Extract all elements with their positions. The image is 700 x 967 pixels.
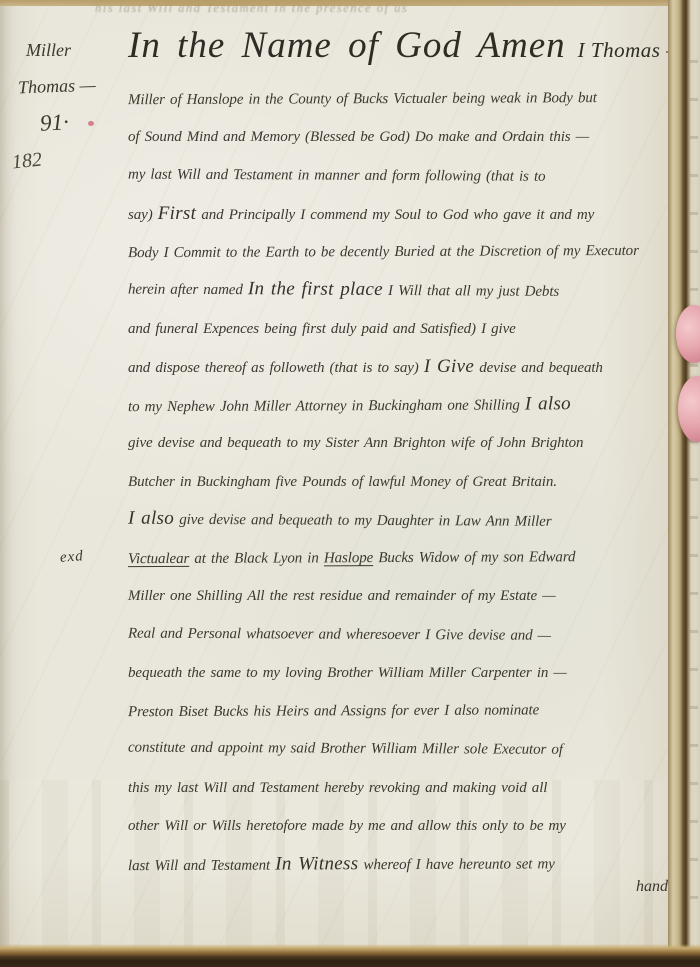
manuscript-line: I also give devise and bequeath to my Da… (128, 499, 670, 540)
manuscript-text-segment: devise and bequeath (474, 360, 603, 376)
manuscript-line: Body I Commit to the Earth to be decentl… (128, 232, 670, 273)
red-ink-dot (88, 121, 94, 126)
manuscript-text-segment: other Will or Wills heretofore made by m… (128, 818, 566, 834)
manuscript-text-segment: and Principally I commend my Soul to God… (196, 207, 594, 223)
manuscript-text-segment: give devise and bequeath to my Daughter … (174, 512, 552, 530)
manuscript-text-segment: bequeath the same to my loving Brother W… (128, 665, 567, 681)
manuscript-text-segment: at the Black Lyon in (189, 550, 324, 567)
manuscript-text-segment: Victualear (128, 551, 189, 567)
manuscript-line: my last Will and Testament in manner and… (128, 155, 670, 196)
margin-note: Miller (26, 40, 71, 61)
manuscript-text-segment: this my last Will and Testament hereby r… (128, 780, 547, 796)
will-title: In the Name of God Amen I Thomas — (128, 24, 673, 67)
manuscript-line: Miller one Shilling All the rest residue… (128, 577, 670, 615)
manuscript-line: this my last Will and Testament hereby r… (128, 769, 670, 807)
manuscript-text-segment: and dispose thereof as followeth (that i… (128, 360, 424, 376)
manuscript-text-segment: First (158, 203, 196, 224)
manuscript-text-segment: I also (525, 393, 571, 414)
manuscript-line: and dispose thereof as followeth (that i… (128, 348, 670, 386)
catchword: hand (128, 878, 678, 896)
manuscript-text-segment: Miller one Shilling All the rest residue… (128, 588, 555, 604)
manuscript-text-segment: and funeral Expences being first duly pa… (128, 321, 516, 337)
manuscript-line: say) First and Principally I commend my … (128, 195, 670, 233)
manuscript-line: of Sound Mind and Memory (Blessed be God… (128, 118, 670, 156)
manuscript-line: other Will or Wills heretofore made by m… (128, 807, 670, 845)
margin-note: Thomas — (18, 75, 96, 99)
manuscript-line: to my Nephew John Miller Attorney in Buc… (128, 385, 670, 426)
manuscript-text-segment: give devise and bequeath to my Sister An… (128, 435, 583, 451)
manuscript-text-segment: Body I Commit to the Earth to be decentl… (128, 243, 639, 261)
margin-notes: MillerThomas —91·182 (0, 0, 130, 400)
manuscript-line: Miller of Hanslope in the County of Buck… (128, 79, 670, 120)
book-edge-bottom (0, 944, 700, 967)
manuscript-text-segment: Haslope (324, 550, 373, 566)
manuscript-page: his last Will and Testament in the prese… (0, 0, 672, 950)
manuscript-text-segment: Preston Biset Bucks his Heirs and Assign… (128, 702, 539, 720)
manuscript-text-segment: In Witness (275, 853, 358, 874)
manuscript-line: bequeath the same to my loving Brother W… (128, 654, 670, 692)
manuscript-text-segment: whereof I have hereunto set my (358, 856, 554, 873)
manuscript-line: Preston Biset Bucks his Heirs and Assign… (128, 691, 670, 732)
manuscript-line: constitute and appoint my said Brother W… (128, 729, 670, 770)
margin-note: 182 (11, 148, 43, 174)
manuscript-photo: his last Will and Testament in the prese… (0, 0, 700, 967)
manuscript-text-segment: herein after named (128, 282, 248, 299)
manuscript-body: Miller of Hanslope in the County of Buck… (128, 80, 670, 883)
manuscript-text-segment: say) (128, 207, 158, 223)
manuscript-line: give devise and bequeath to my Sister An… (128, 424, 670, 462)
manuscript-text-segment: Miller of Hanslope in the County of Buck… (128, 90, 597, 108)
manuscript-line: Butcher in Buckingham five Pounds of law… (128, 463, 670, 501)
book-edge-right (668, 0, 700, 967)
manuscript-line: Real and Personal whatsoever and whereso… (128, 614, 670, 655)
manuscript-text-segment: Butcher in Buckingham five Pounds of law… (128, 474, 557, 490)
manuscript-line: Victualear at the Black Lyon in Haslope … (128, 538, 670, 579)
margin-note: 91· (39, 109, 69, 136)
next-page-text-slivers (690, 60, 698, 900)
manuscript-text-segment: of Sound Mind and Memory (Blessed be God… (128, 129, 589, 145)
manuscript-line: herein after named In the first place I … (128, 270, 670, 311)
manuscript-text-segment: last Will and Testament (128, 858, 275, 875)
manuscript-text-segment: I Will that all my just Debts (383, 283, 559, 300)
title-main-text: In the Name of God Amen (128, 25, 566, 66)
examined-mark: exd (59, 548, 84, 567)
manuscript-text-segment: Real and Personal whatsoever and whereso… (128, 625, 551, 643)
manuscript-line: and funeral Expences being first duly pa… (128, 310, 670, 348)
book-edge-top (0, 0, 700, 6)
manuscript-text-segment: I also (128, 507, 174, 528)
manuscript-text-segment: constitute and appoint my said Brother W… (128, 740, 563, 758)
manuscript-text-segment: to my Nephew John Miller Attorney in Buc… (128, 397, 525, 415)
manuscript-text-segment: Bucks Widow of my son Edward (373, 549, 575, 566)
manuscript-text-segment: I Give (424, 356, 474, 377)
manuscript-text-segment: In the first place (248, 278, 383, 300)
manuscript-text-segment: my last Will and Testament in manner and… (128, 166, 546, 184)
